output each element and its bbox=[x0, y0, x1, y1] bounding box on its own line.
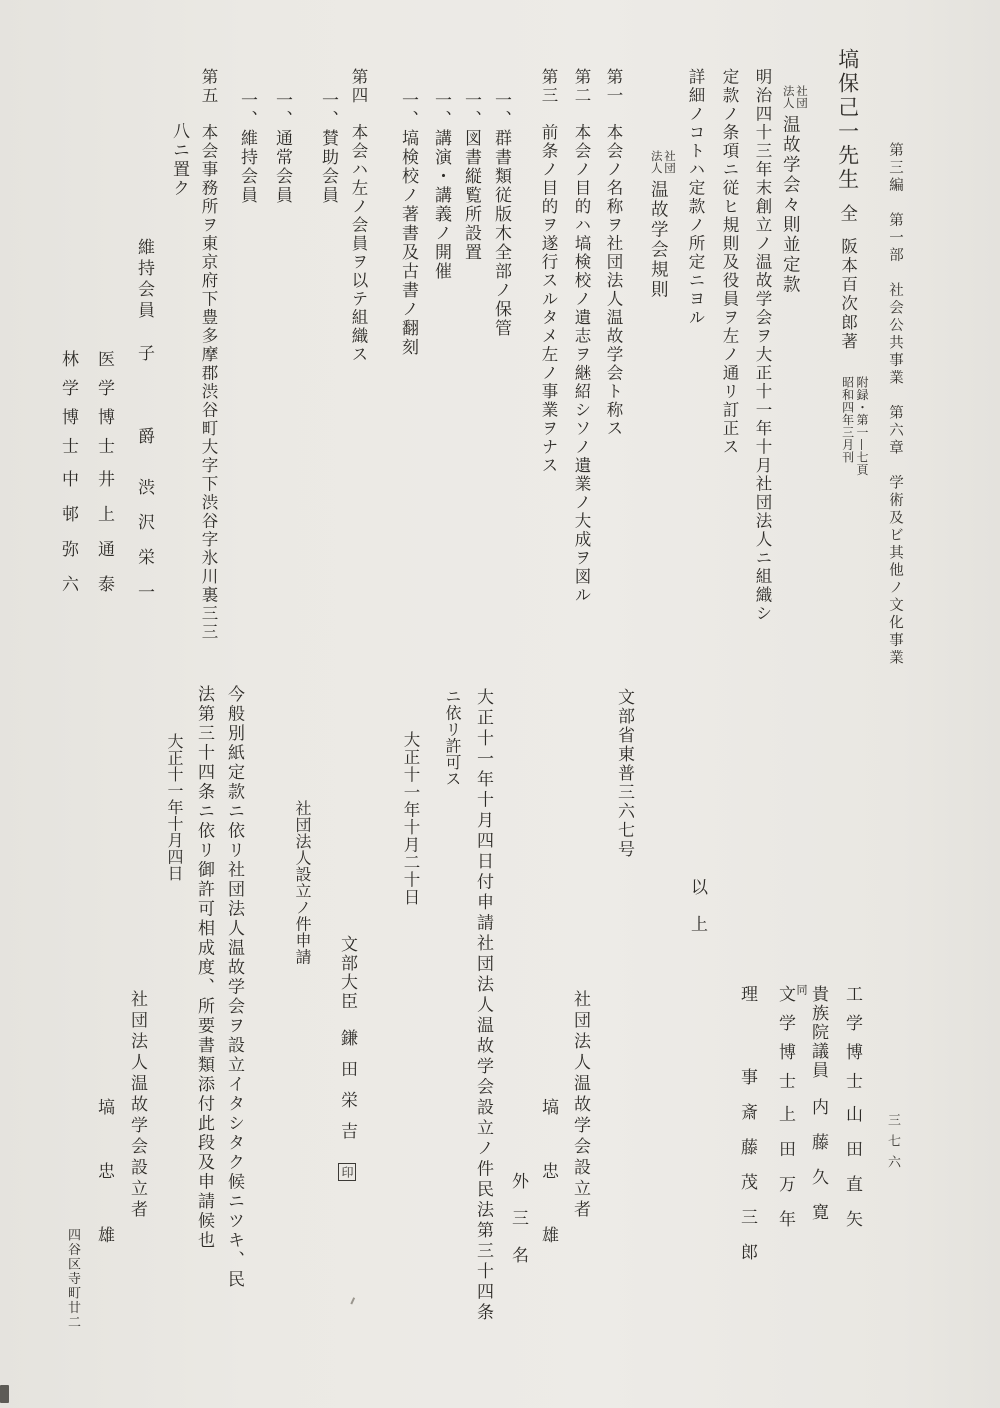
scan-edge-mark bbox=[0, 1385, 9, 1403]
running-header-text: 第三編 第一部 社会公共事業 第六章 学術及ビ其他ノ文化事業 bbox=[887, 142, 903, 667]
article-5-continuation: 八ニ置ク bbox=[168, 122, 189, 198]
member-name: 山田直矢 bbox=[842, 1105, 862, 1245]
member-role: 文学博士 bbox=[775, 985, 795, 1101]
permit-addressee-others: 外三名 bbox=[507, 1172, 528, 1283]
org-prefix-2: 社団法人 bbox=[650, 150, 676, 174]
member-role: 医学博士 bbox=[94, 350, 114, 466]
book-title-column: 塙保己一先生全阪本百次郎著附録・第一—七頁昭和四年三月刊 bbox=[834, 48, 869, 476]
signer-role: 文部大臣 bbox=[337, 935, 357, 1011]
member-type-3: 一、維持会員 bbox=[236, 91, 257, 205]
signer-name: 鎌田栄吉 bbox=[337, 1029, 357, 1153]
member-type-2: 一、通常会員 bbox=[271, 91, 292, 205]
sustaining-member-2: 医学博士井上通泰 bbox=[93, 350, 114, 610]
application-body-1: 今般別紙定款ニ依リ社団法人温故学会ヲ設立イタシタク候ニツキ、民 bbox=[223, 685, 244, 1290]
book-note-1: 附録・第一—七頁 bbox=[855, 376, 869, 476]
article-5: 第五 本会事務所ヲ東京府下豊多摩郡渋谷町大字下渋谷字氷川裏三三 bbox=[197, 68, 218, 642]
member-name: 井上通泰 bbox=[94, 470, 114, 610]
scan-speck bbox=[350, 1297, 354, 1304]
applicant-address: 四谷区寺町廿二 bbox=[64, 1228, 80, 1330]
member-cont-1: 工学博士山田直矢 bbox=[841, 985, 862, 1245]
sustaining-member-3: 林学博士中邨弥六 bbox=[57, 350, 78, 610]
applicant-org: 社団法人温故学会設立者 bbox=[126, 990, 147, 1221]
permit-doc-number: 文部省東普三六七号 bbox=[613, 688, 634, 859]
application-body-2: 法第三十四条ニ依リ御許可相成度、所要書類添付此段及申請候也 bbox=[193, 685, 214, 1251]
book-volume: 全 bbox=[838, 204, 858, 224]
business-item-1: 一、群書類従版木全部ノ保管 bbox=[490, 91, 511, 338]
rules-heading: 温故学会規則 bbox=[648, 180, 668, 300]
member-name: 内藤久寛 bbox=[808, 1098, 828, 1238]
book-title: 塙保己一先生 bbox=[836, 48, 860, 192]
bylaws-heading: 温故学会々則並定款 bbox=[780, 115, 800, 295]
bylaws-heading-column: 社団法人温故学会々則並定款 bbox=[778, 85, 808, 295]
member-name: 上田万年 bbox=[775, 1105, 795, 1245]
rules-heading-column: 社団法人温故学会規則 bbox=[646, 150, 676, 300]
book-note-2: 昭和四年三月刊 bbox=[840, 376, 854, 476]
application-heading: 社団法人設立ノ件申請 bbox=[292, 800, 312, 965]
member-role: 工学博士 bbox=[842, 985, 862, 1101]
permit-date: 大正十一年十月二十日 bbox=[399, 731, 420, 906]
member-name: 中邨弥六 bbox=[58, 470, 78, 610]
business-item-3: 一、講演・講義ノ開催 bbox=[430, 91, 451, 281]
article-4: 第四 本会ハ左ノ会員ヲ以テ組織ス bbox=[347, 68, 368, 364]
sustaining-member-1: 維持会員子爵渋沢栄一 bbox=[133, 238, 154, 618]
permit-signer: 文部大臣鎌田栄吉印 bbox=[336, 935, 357, 1181]
permit-addressee-name: 塙忠雄 bbox=[537, 1098, 558, 1290]
permit-addressee-org: 社団法人温故学会設立者 bbox=[569, 990, 590, 1221]
intro-line-2: 定款ノ条項ニ従ヒ規則及役員ヲ左ノ通リ訂正ス bbox=[718, 68, 739, 457]
intro-line-1: 明治四十三年末創立ノ温故学会ヲ大正十一年十月社団法人ニ組織シ bbox=[751, 68, 772, 623]
sustaining-header: 維持会員 bbox=[134, 238, 154, 322]
applicant-name: 塙忠雄 bbox=[93, 1098, 114, 1290]
application-date: 大正十一年十月四日 bbox=[164, 733, 184, 882]
member-name: 斎藤茂三郎 bbox=[737, 1103, 757, 1278]
member-role: 貴族院議員 bbox=[808, 985, 828, 1080]
member-role: 林学博士 bbox=[58, 350, 78, 466]
business-item-4: 一、塙検校ノ著書及古書ノ翻刻 bbox=[397, 91, 418, 357]
book-author: 阪本百次郎著 bbox=[839, 238, 858, 352]
permit-body-2: ニ依リ許可ス bbox=[442, 688, 462, 787]
article-1: 第一 本会ノ名称ヲ社団法人温故学会ト称ス bbox=[602, 68, 623, 438]
permit-body-1: 大正十一年十月四日付申請社団法人温故学会設立ノ件民法第三十四条 bbox=[472, 688, 493, 1324]
member-type-1: 一、賛助会員 bbox=[317, 91, 338, 205]
seal-mark: 印 bbox=[338, 1163, 356, 1181]
member-cont-4: 理事斎藤茂三郎 bbox=[736, 985, 757, 1278]
intro-line-3: 詳細ノコトハ定款ノ所定ニヨル bbox=[684, 68, 705, 327]
book-notes: 附録・第一—七頁昭和四年三月刊 bbox=[840, 376, 869, 476]
closing-ijou: 以上 bbox=[686, 878, 707, 952]
article-3: 第三 前条ノ目的ヲ遂行スルタメ左ノ事業ヲナス bbox=[537, 68, 558, 475]
running-header: 第三編 第一部 社会公共事業 第六章 学術及ビ其他ノ文化事業 bbox=[886, 142, 904, 667]
member-cont-3: 同文学博士上田万年 bbox=[774, 985, 795, 1245]
member-name: 渋沢栄一 bbox=[134, 478, 154, 618]
scanned-book-page: 第三編 第一部 社会公共事業 第六章 学術及ビ其他ノ文化事業 塙保己一先生全阪本… bbox=[0, 0, 1000, 1408]
org-prefix: 社団法人 bbox=[782, 85, 808, 109]
member-cont-2: 貴族院議員内藤久寛 bbox=[807, 985, 828, 1238]
ditto-mark: 同 bbox=[794, 984, 808, 995]
business-item-2: 一、図書縦覧所設置 bbox=[460, 91, 481, 262]
article-2: 第二 本会ノ目的ハ塙検校ノ遺志ヲ継紹シソノ遺業ノ大成ヲ図ル bbox=[570, 68, 591, 605]
page-number: 三七六 bbox=[884, 1113, 900, 1176]
